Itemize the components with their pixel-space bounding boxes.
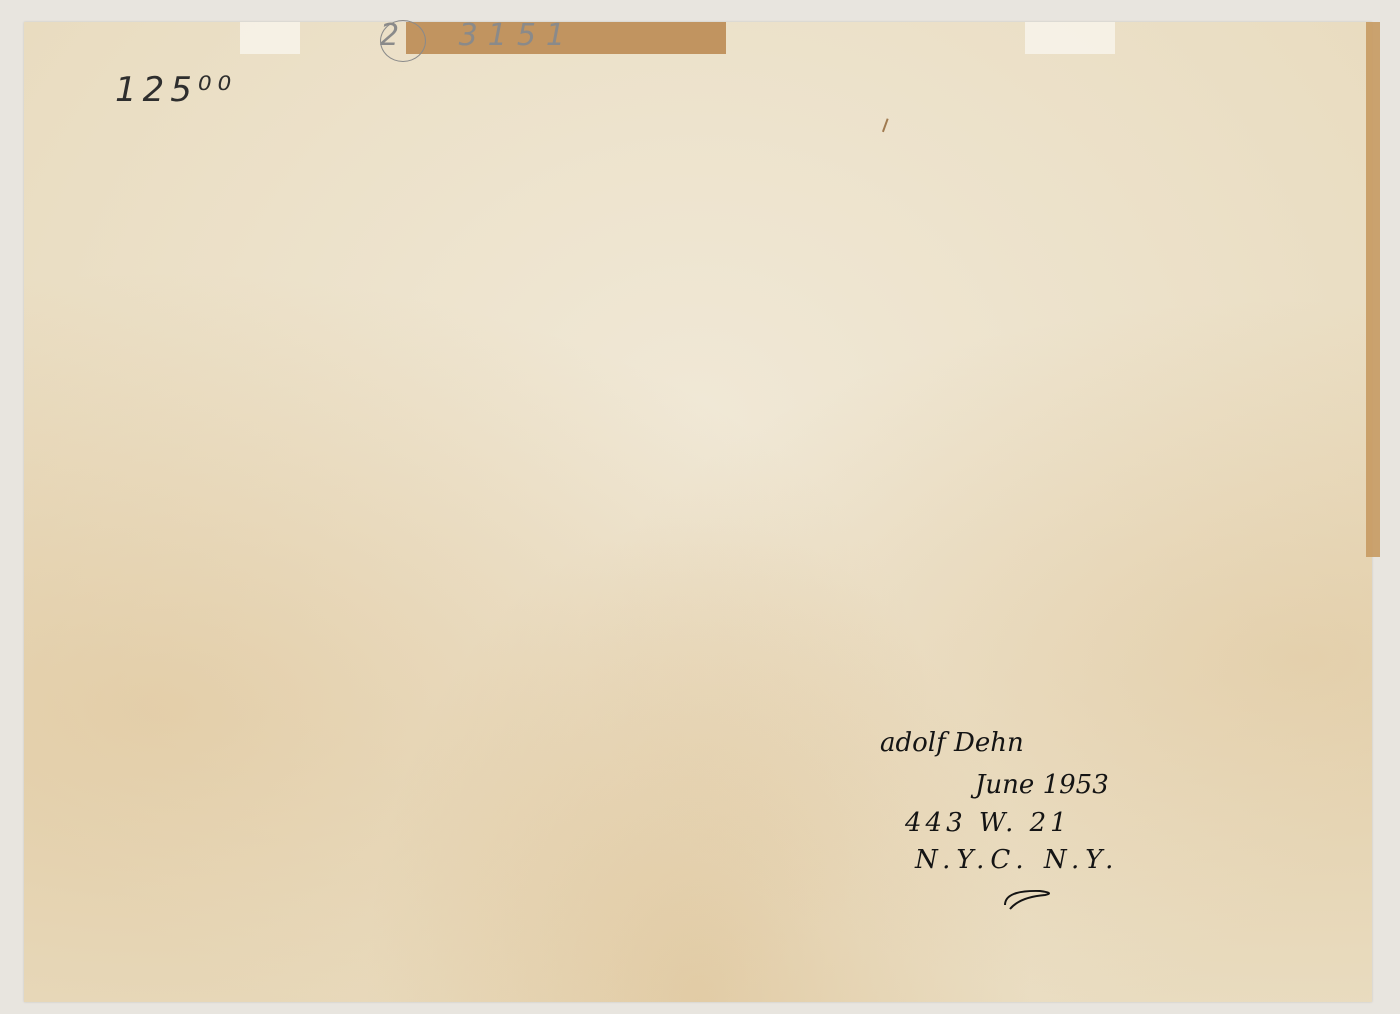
signature-city: N.Y.C. N.Y. xyxy=(915,845,1119,875)
tape-residue xyxy=(1025,22,1115,54)
circled-digit: 2 xyxy=(380,18,409,53)
price-inscription: 125⁰⁰ xyxy=(115,70,237,110)
paper-sheet xyxy=(24,22,1372,1002)
inventory-digits: 3151 xyxy=(459,18,575,53)
flourish-icon xyxy=(1000,885,1060,915)
signature-name: adolf Dehn xyxy=(880,728,1024,758)
inventory-number: 2 3151 xyxy=(380,18,575,53)
tape-edge-strip xyxy=(1366,22,1380,557)
tape-residue xyxy=(240,22,300,54)
signature-date: June 1953 xyxy=(975,770,1109,800)
signature-address: 443 W. 21 xyxy=(905,808,1071,838)
